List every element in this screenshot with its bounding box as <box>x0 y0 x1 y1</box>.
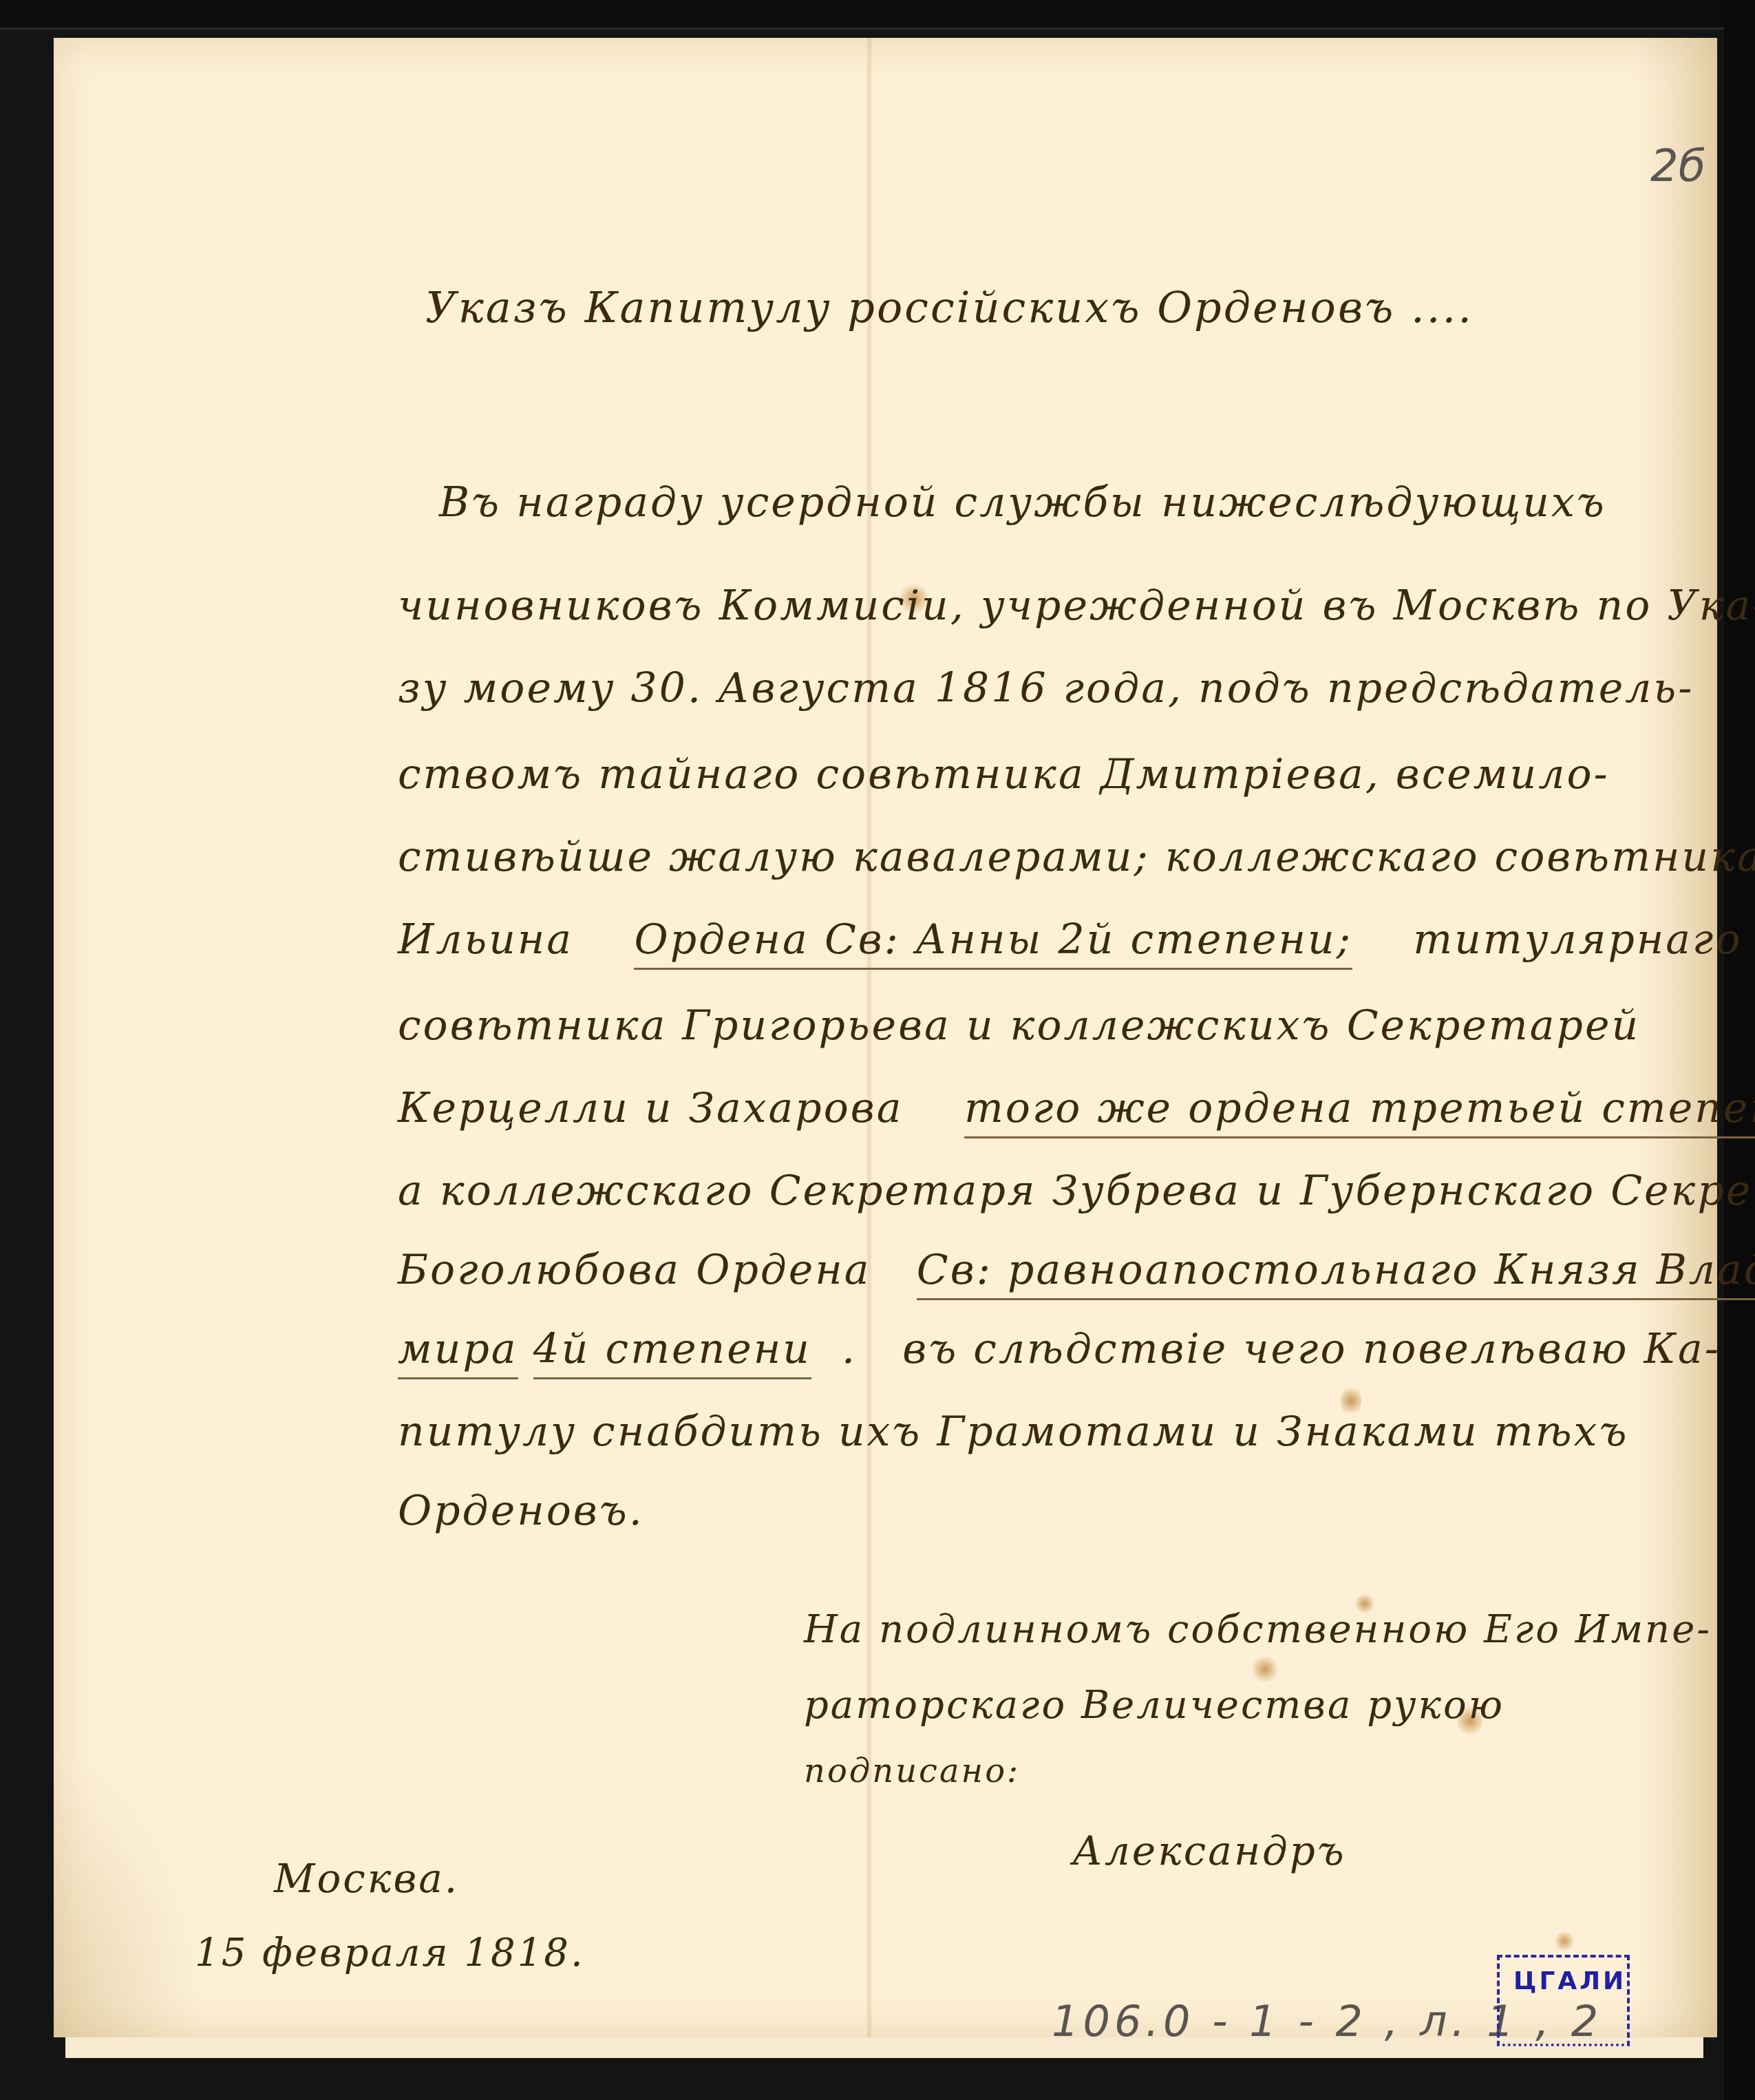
body-line: чиновниковъ Коммисіи, учрежденной въ Мос… <box>398 582 1755 630</box>
body-line: а коллежскаго Секретаря Зубрева и Губерн… <box>398 1167 1755 1215</box>
document-title: Указъ Капитулу россійскихъ Орденовъ .... <box>425 282 1474 332</box>
body-text: въ слѣдствіе чего повелѣваю Ка- <box>902 1325 1721 1373</box>
body-text: титулярнаго <box>1413 915 1742 964</box>
foxing-spot <box>1554 1931 1575 1951</box>
closing-line: На подлинномъ собственною Его Импе- <box>804 1607 1712 1652</box>
edge-stain <box>54 1748 205 2037</box>
body-line: зу моему 30. Августа 1816 года, подъ пре… <box>398 664 1694 712</box>
body-line: совѣтника Григорьева и коллежскихъ Секре… <box>398 1001 1640 1050</box>
edge-stain <box>1635 38 1717 2037</box>
body-line: Керцелли и Захарова того же ордена треть… <box>398 1084 1755 1132</box>
underlined-order-name: Св: равноапостольнаго Князя Влади- <box>917 1246 1755 1300</box>
body-line: питулу снабдить ихъ Грамотами и Знаками … <box>398 1408 1628 1456</box>
page-number: 2б <box>1650 141 1705 192</box>
body-line: миpa 4й степени . въ слѣдствіе чего пове… <box>398 1325 1721 1373</box>
underlined-order-name: 4й степени <box>533 1325 811 1379</box>
body-line: ствомъ тайнаго совѣтника Дмитріева, всем… <box>398 750 1610 798</box>
body-text: Ильина <box>398 915 573 964</box>
body-text: Боголюбова Ордена <box>398 1246 871 1294</box>
date: 15 февраля 1818. <box>195 1931 585 1975</box>
underlined-order-name: того же ордена третьей степени; <box>964 1084 1755 1138</box>
place: Москва. <box>274 1855 459 1902</box>
document-sheet: 2б Указъ Капитулу россійскихъ Орденовъ .… <box>54 38 1717 2037</box>
body-line: Боголюбова Ордена Св: равноапостольнаго … <box>398 1246 1755 1294</box>
signature: Александръ <box>1072 1827 1346 1874</box>
underlined-order-name: Ордена Св: Анны 2й степени; <box>634 915 1352 970</box>
body-line: стивѣйше жалую кавалерами; коллежскаго с… <box>398 833 1755 881</box>
body-line: Въ награду усердной службы нижеслѣдующих… <box>439 478 1606 527</box>
closing-line: подписано: <box>804 1752 1020 1790</box>
archive-stamp: ЦГАЛИ <box>1497 1955 1630 2046</box>
body-text: Керцелли и Захарова <box>398 1084 904 1132</box>
foxing-spot <box>1251 1655 1279 1683</box>
body-text: миpa <box>398 1325 518 1379</box>
scanner-top-strip <box>0 0 1755 30</box>
archive-stamp-label: ЦГАЛИ <box>1513 1967 1626 1995</box>
closing-line: раторскаго Величества рукою <box>804 1683 1504 1728</box>
body-line: Орденовъ. <box>398 1487 644 1535</box>
body-line: Ильина Ордена Св: Анны 2й степени; титул… <box>398 915 1743 964</box>
scanner-right-strip <box>1724 0 1755 2100</box>
